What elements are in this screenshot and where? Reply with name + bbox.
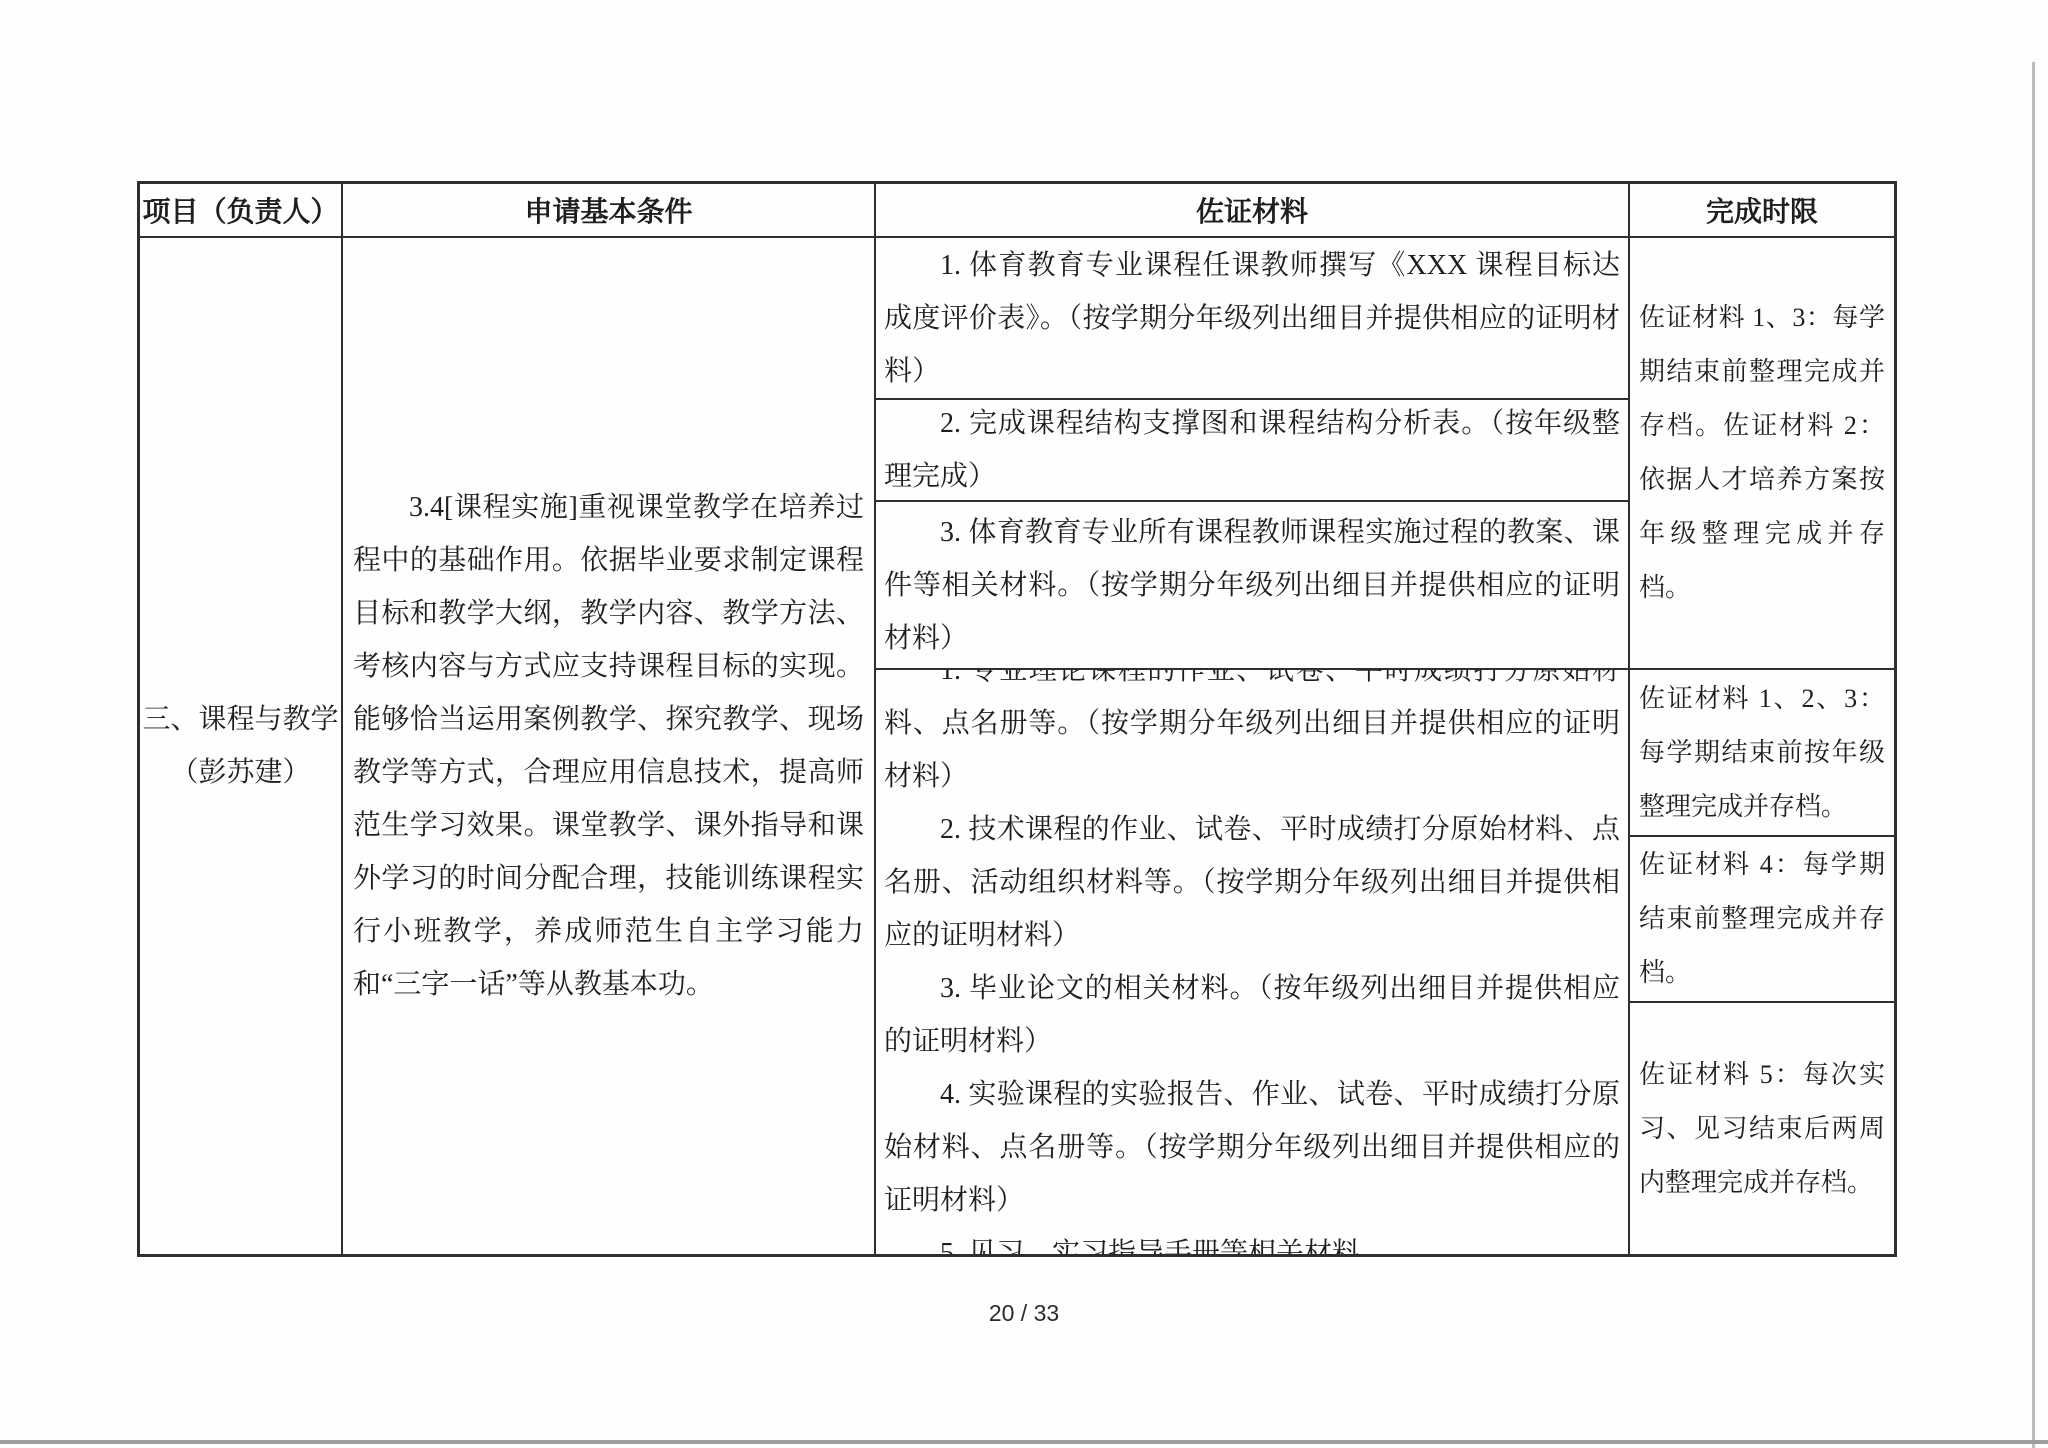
project-leader: （彭苏建） bbox=[170, 746, 310, 799]
header-cell-evidence: 佐证材料 bbox=[876, 184, 1630, 236]
page-number: 20 / 33 bbox=[0, 1300, 2048, 1327]
evidence-item: 3. 体育教育专业所有课程教师课程实施过程的教案、课件等相关材料。（按学期分年级… bbox=[884, 506, 1620, 665]
evidence-item: 4. 实验课程的实验报告、作业、试卷、平时成绩打分原始材料、点名册等。（按学期分… bbox=[884, 1068, 1620, 1227]
project-cell: 三、课程与教学 （彭苏建） bbox=[140, 238, 343, 1254]
document-page: 项目（负责人） 申请基本条件 佐证材料 完成时限 三、课程与教学 （彭苏建） 3… bbox=[0, 0, 2048, 1448]
conditions-cell: 3.4[课程实施]重视课堂教学在培养过程中的基础作用。依据毕业要求制定课程目标和… bbox=[343, 238, 876, 1254]
evidence-item: 2. 完成课程结构支撑图和课程结构分析表。（按年级整理完成） bbox=[884, 400, 1620, 502]
evidence-item: 2. 技术课程的作业、试卷、平时成绩打分原始材料、点名册、活动组织材料等。（按学… bbox=[884, 803, 1620, 962]
deadline-text: 佐证材料 5：每次实习、见习结束后两周内整理完成并存档。 bbox=[1639, 1048, 1885, 1210]
deadline-cell: 佐证材料 1、3：每学期结束前整理完成并存档。佐证材料 2：依据人才培养方案按年… bbox=[1630, 238, 1894, 668]
review-table: 项目（负责人） 申请基本条件 佐证材料 完成时限 三、课程与教学 （彭苏建） 3… bbox=[137, 181, 1897, 1257]
evidence-item: 1. 体育教育专业课程任课教师撰写《XXX 课程目标达成度评价表》。（按学期分年… bbox=[884, 239, 1620, 398]
evidence-item: 3. 毕业论文的相关材料。（按年级列出细目并提供相应的证明材料） bbox=[884, 962, 1620, 1068]
table-body-row: 三、课程与教学 （彭苏建） 3.4[课程实施]重视课堂教学在培养过程中的基础作用… bbox=[140, 238, 1894, 1254]
table-header-row: 项目（负责人） 申请基本条件 佐证材料 完成时限 bbox=[140, 184, 1894, 238]
deadline-text: 佐证材料 1、3：每学期结束前整理完成并存档。佐证材料 2：依据人才培养方案按年… bbox=[1639, 291, 1885, 615]
scan-edge-right bbox=[2032, 62, 2035, 1448]
header-cell-conditions: 申请基本条件 bbox=[343, 184, 876, 236]
deadline-group-2: 佐证材料 1、2、3：每学期结束前按年级整理完成并存档。 佐证材料 4：每学期结… bbox=[1630, 670, 1894, 1254]
deadline-cell: 佐证材料 4：每学期结束前整理完成并存档。 bbox=[1630, 837, 1894, 1003]
conditions-text: 3.4[课程实施]重视课堂教学在培养过程中的基础作用。依据毕业要求制定课程目标和… bbox=[353, 481, 864, 1011]
row-group-1: 1. 体育教育专业课程任课教师撰写《XXX 课程目标达成度评价表》。（按学期分年… bbox=[876, 238, 1894, 670]
evidence-group-1: 1. 体育教育专业课程任课教师撰写《XXX 课程目标达成度评价表》。（按学期分年… bbox=[876, 238, 1630, 668]
evidence-deadline-area: 1. 体育教育专业课程任课教师撰写《XXX 课程目标达成度评价表》。（按学期分年… bbox=[876, 238, 1894, 1254]
evidence-cell: 3. 体育教育专业所有课程教师课程实施过程的教案、课件等相关材料。（按学期分年级… bbox=[876, 502, 1628, 668]
project-name: 三、课程与教学 bbox=[142, 693, 338, 746]
scan-edge-bottom bbox=[0, 1440, 2048, 1444]
deadline-cell: 佐证材料 5：每次实习、见习结束后两周内整理完成并存档。 bbox=[1630, 1003, 1894, 1254]
deadline-text: 佐证材料 1、2、3：每学期结束前按年级整理完成并存档。 bbox=[1639, 672, 1885, 834]
header-cell-project: 项目（负责人） bbox=[140, 184, 343, 236]
evidence-item: 1. 专业理论课程的作业、试卷、平时成绩打分原始材料、点名册等。（按学期分年级列… bbox=[884, 670, 1620, 803]
evidence-cell: 1. 体育教育专业课程任课教师撰写《XXX 课程目标达成度评价表》。（按学期分年… bbox=[876, 238, 1628, 400]
evidence-cell: 2. 完成课程结构支撑图和课程结构分析表。（按年级整理完成） bbox=[876, 400, 1628, 502]
deadline-text: 佐证材料 4：每学期结束前整理完成并存档。 bbox=[1639, 838, 1885, 1000]
evidence-item: 5. 见习、实习指导手册等相关材料。 bbox=[884, 1227, 1620, 1254]
row-group-2: 1. 专业理论课程的作业、试卷、平时成绩打分原始材料、点名册等。（按学期分年级列… bbox=[876, 670, 1894, 1254]
deadline-cell: 佐证材料 1、2、3：每学期结束前按年级整理完成并存档。 bbox=[1630, 670, 1894, 837]
evidence-group-2: 1. 专业理论课程的作业、试卷、平时成绩打分原始材料、点名册等。（按学期分年级列… bbox=[876, 670, 1630, 1254]
header-cell-deadline: 完成时限 bbox=[1630, 184, 1894, 236]
